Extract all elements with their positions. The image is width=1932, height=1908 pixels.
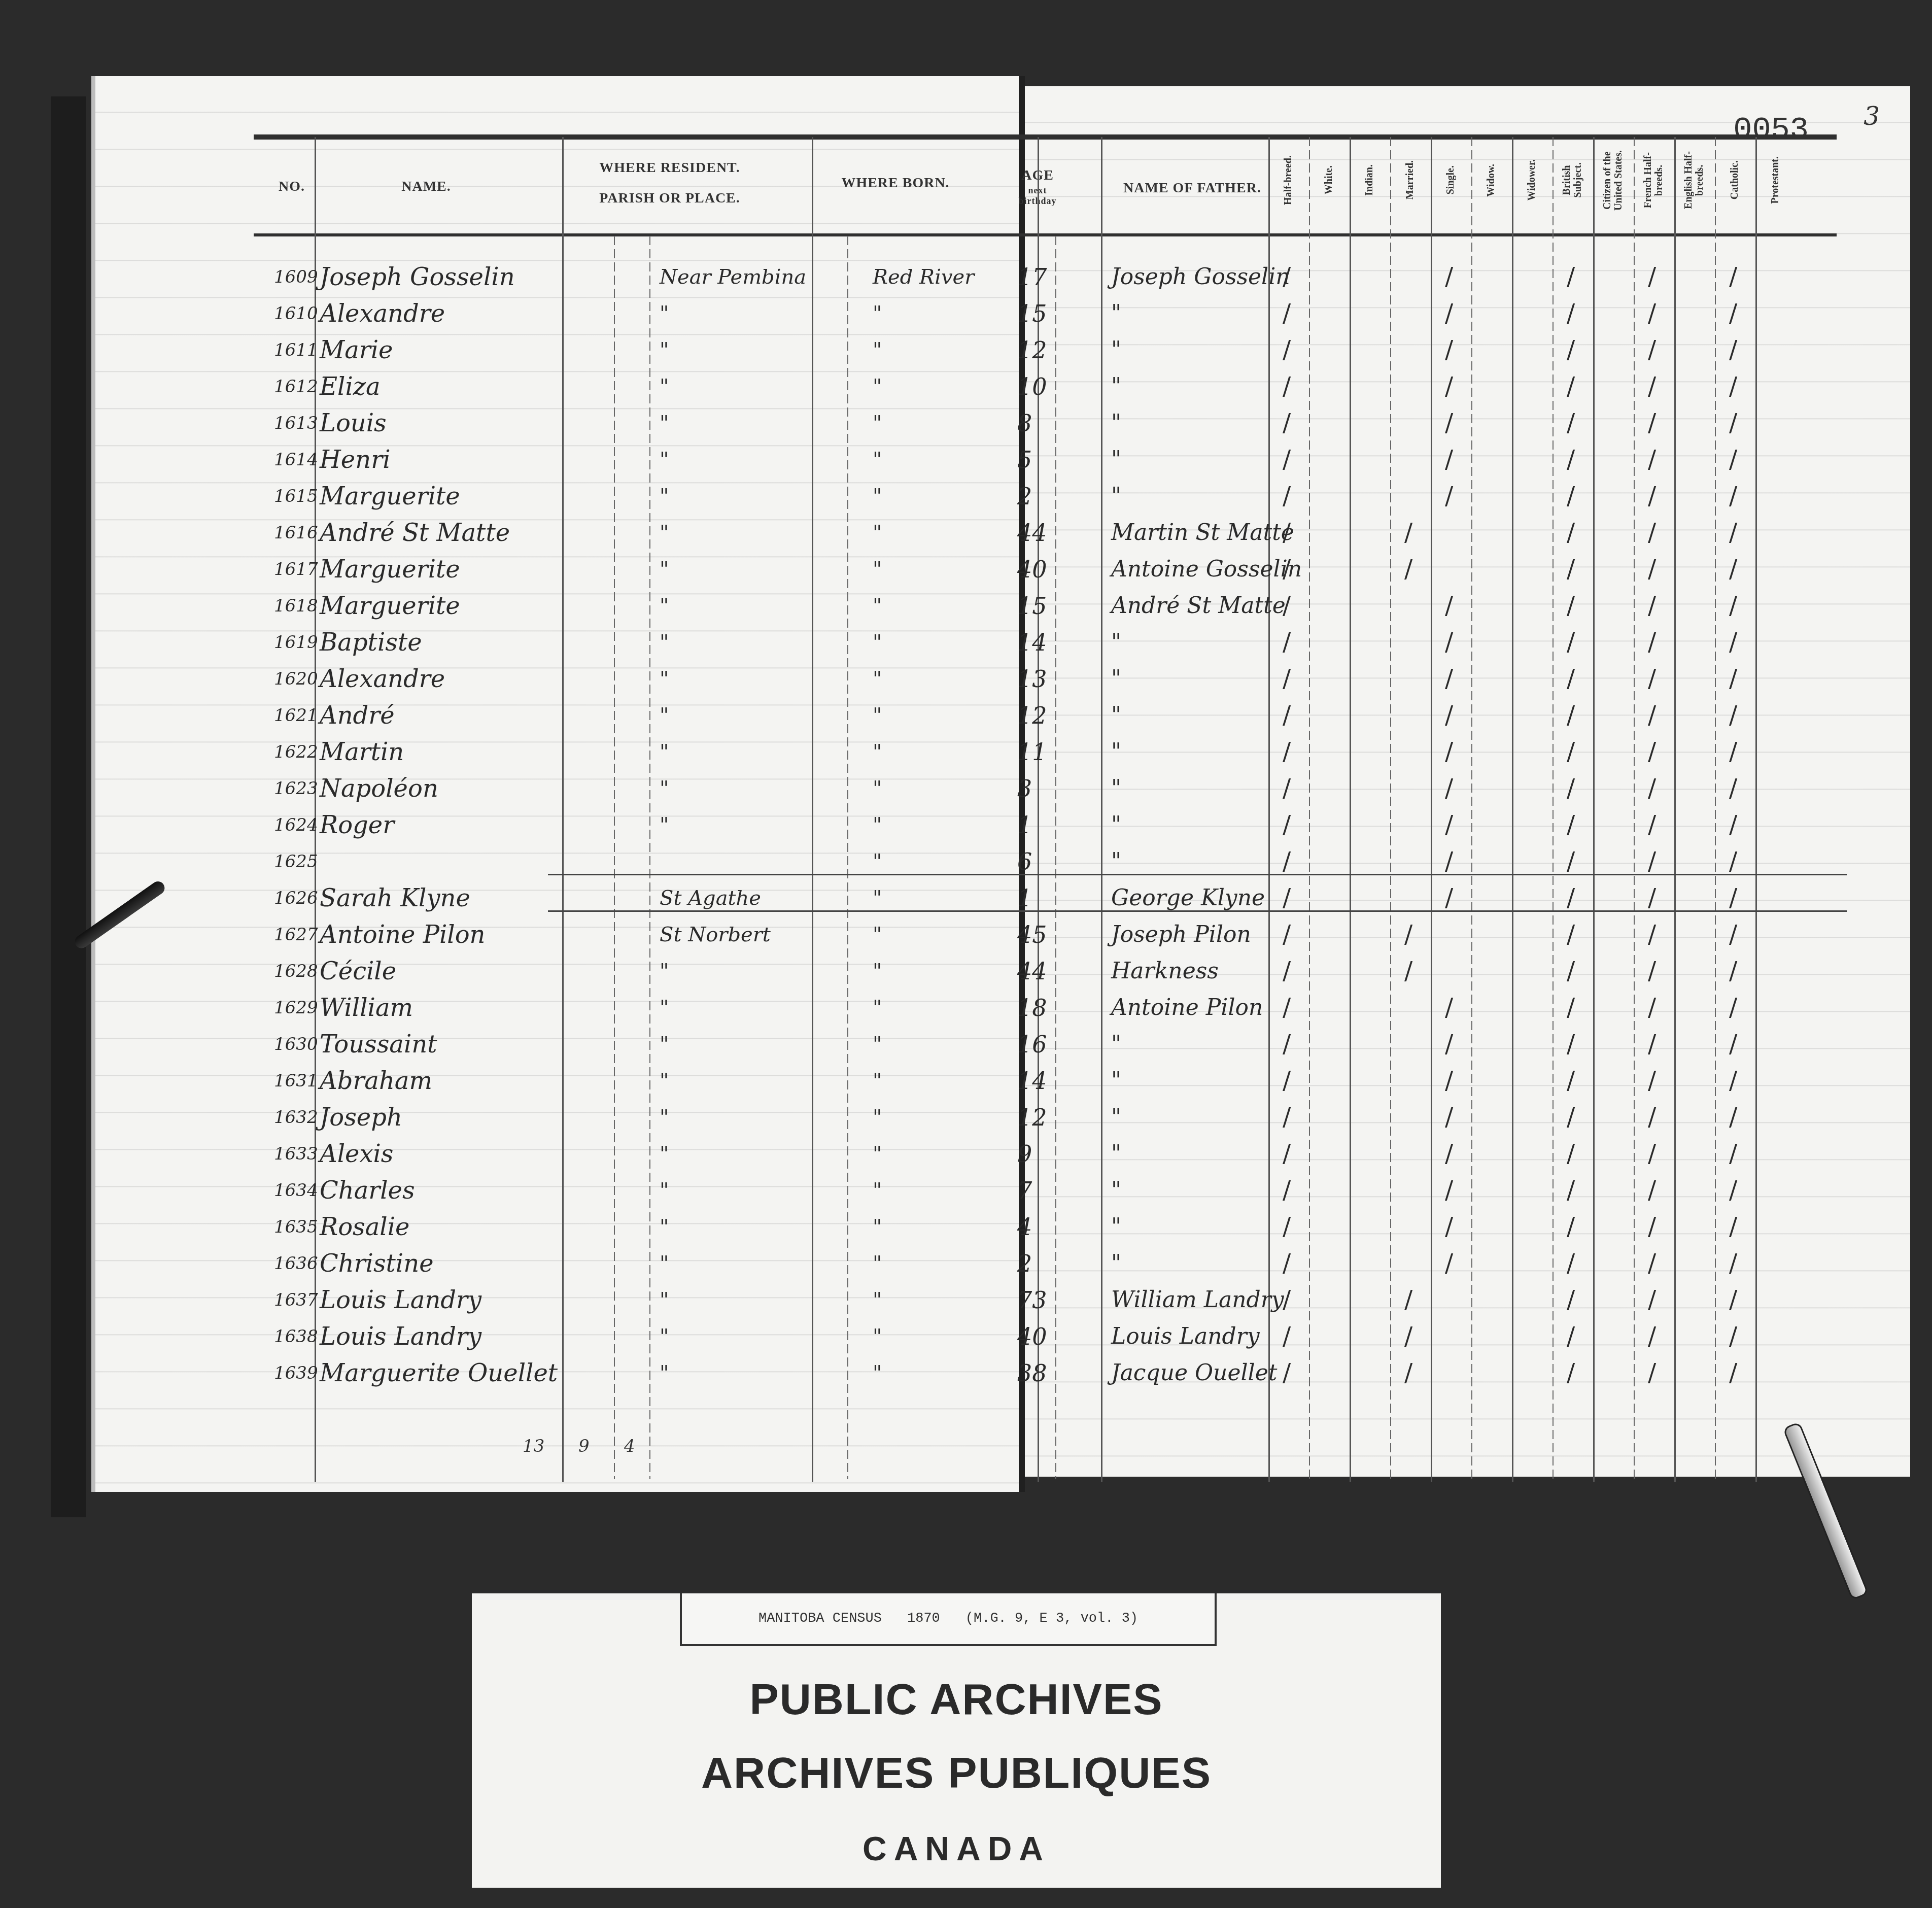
census-row: 1624Roger""1"///// [51,807,1857,843]
where-resident: " [660,551,669,588]
tally-mark: / [1729,1282,1737,1318]
where-born: Red River [873,259,974,295]
census-row: 1621André""12"///// [51,697,1857,734]
age: 12 [1017,697,1047,734]
age: 7 [1017,1172,1032,1209]
census-row: 1633Alexis""9"///// [51,1136,1857,1172]
tally-mark: / [1729,1245,1737,1282]
row-number: 1637 [274,1282,318,1318]
age: 14 [1017,624,1047,661]
where-born: " [873,1245,882,1282]
tally-mark: / [1729,953,1737,990]
row-number: 1618 [274,588,318,624]
age: 17 [1017,259,1047,295]
row-number: 1635 [274,1209,318,1245]
father-name: William Landry [1111,1282,1284,1318]
census-row: 1617Marguerite""40Antoine Gosselin///// [51,551,1857,588]
tally-mark: / [1283,990,1291,1026]
person-name: Charles [320,1172,415,1209]
folio-number: 3 [1864,101,1880,131]
where-born: " [873,478,882,515]
where-resident: " [660,807,669,843]
tally-mark: / [1283,1136,1291,1172]
where-born: " [873,332,882,368]
status-column-header: British Subject. [1557,142,1588,218]
census-row: 1639Marguerite Ouellet""38Jacque Ouellet… [51,1355,1857,1391]
census-row: 1615Marguerite""2"///// [51,478,1857,515]
tally-mark: / [1404,1355,1412,1391]
where-born: " [873,1026,882,1063]
tally-mark: / [1567,295,1575,332]
tally-mark: / [1445,295,1453,332]
row-number: 1623 [274,770,318,807]
reference-tab: MANITOBA CENSUS 1870 (M.G. 9, E 3, vol. … [680,1593,1217,1646]
tally-mark: / [1445,1026,1453,1063]
label-public-archives: PUBLIC ARCHIVES [472,1675,1441,1725]
tally-mark: / [1445,734,1453,770]
age: 18 [1017,990,1047,1026]
where-resident: " [660,953,669,990]
tally-mark: / [1648,1099,1656,1136]
header-where-resident: WHERE RESIDENT. [568,160,771,176]
census-row: 1628Cécile""44Harkness///// [51,953,1857,990]
tally-mark: / [1567,1136,1575,1172]
tally-mark: / [1729,1099,1737,1136]
tally-mark: / [1283,1209,1291,1245]
row-number: 1614 [274,441,318,478]
tally-mark: / [1648,624,1656,661]
tally-mark: / [1283,697,1291,734]
person-name: Sarah Klyne [320,880,470,916]
header-parish-or-place: PARISH OR PLACE. [568,190,771,207]
where-born: " [873,551,882,588]
census-row: 1625"6"///// [51,843,1857,880]
tally-mark: / [1283,1355,1291,1391]
row-number: 1631 [274,1063,318,1099]
where-born: " [873,697,882,734]
row-number: 1634 [274,1172,318,1209]
row-number: 1615 [274,478,318,515]
where-born: " [873,588,882,624]
tally-mark: / [1567,770,1575,807]
census-row: 1609Joseph GosselinNear PembinaRed River… [51,259,1857,295]
tally-mark: / [1648,368,1656,405]
father-name: " [1111,405,1121,441]
father-name: " [1111,1136,1121,1172]
tally-mark: / [1283,624,1291,661]
father-name: " [1111,807,1121,843]
status-column-label: White. [1323,165,1334,194]
person-name: Roger [320,807,394,843]
tally-mark: / [1729,770,1737,807]
status-column-label: British Subject. [1561,162,1583,197]
father-name: " [1111,478,1121,515]
tally-mark: / [1445,332,1453,368]
status-column-label: Catholic. [1729,160,1740,199]
tally-mark: / [1404,953,1412,990]
census-row: 1612Eliza""10"///// [51,368,1857,405]
row-number: 1638 [274,1318,318,1355]
status-column-label: French Half- breeds. [1642,152,1665,208]
tally-mark: / [1445,1136,1453,1172]
tally-mark: / [1445,1099,1453,1136]
tally-mark: / [1729,1063,1737,1099]
census-row: 1611Marie""12"///// [51,332,1857,368]
age: 44 [1017,515,1047,551]
tally-mark: / [1729,515,1737,551]
tally-mark: / [1283,295,1291,332]
strikethrough-line [548,874,1847,875]
row-number: 1616 [274,515,318,551]
tally-mark: / [1283,1282,1291,1318]
person-name: Marguerite [320,551,460,588]
where-resident: " [660,1245,669,1282]
tally-mark: / [1729,624,1737,661]
row-number: 1620 [274,661,318,697]
tally-mark: / [1648,990,1656,1026]
where-born: " [873,1318,882,1355]
tally-mark: / [1648,1245,1656,1282]
tally-mark: / [1283,551,1291,588]
person-name: Joseph [320,1099,402,1136]
tally-mark: / [1445,478,1453,515]
tally-mark: / [1283,259,1291,295]
person-name: Christine [320,1245,434,1282]
where-resident: " [660,1209,669,1245]
status-column-label: Married. [1404,160,1416,199]
label-canada: CANADA [472,1829,1441,1868]
header-top-rule [254,134,1837,140]
tally-mark: / [1445,661,1453,697]
row-number: 1624 [274,807,318,843]
tally-mark: / [1648,807,1656,843]
tally-mark: / [1283,1099,1291,1136]
row-number: 1617 [274,551,318,588]
tally-mark: / [1567,551,1575,588]
tally-mark: / [1445,990,1453,1026]
status-column-label: English Half- breeds. [1683,151,1705,209]
archive-label-card: MANITOBA CENSUS 1870 (M.G. 9, E 3, vol. … [472,1593,1441,1888]
tally-mark: / [1445,1172,1453,1209]
where-resident: " [660,1063,669,1099]
father-name: " [1111,1063,1121,1099]
tally-mark: / [1729,734,1737,770]
father-name: " [1111,1209,1121,1245]
where-resident: " [660,624,669,661]
tally-mark: / [1648,953,1656,990]
tally-mark: / [1648,1355,1656,1391]
person-name: Louis Landry [320,1282,481,1318]
age: 5 [1017,441,1032,478]
where-born: " [873,807,882,843]
header-name-of-father: NAME OF FATHER. [1091,180,1294,196]
tally-mark: / [1567,1063,1575,1099]
where-resident: " [660,1136,669,1172]
census-row: 1627Antoine PilonSt Norbert"45Joseph Pil… [51,916,1857,953]
census-row: 1637Louis Landry""73William Landry///// [51,1282,1857,1318]
tally-mark: / [1567,441,1575,478]
person-name: Henri [320,441,390,478]
age: 9 [1017,1136,1032,1172]
age: 44 [1017,953,1047,990]
census-row: 1630Toussaint""16"///// [51,1026,1857,1063]
tally-mark: / [1283,588,1291,624]
tally-mark: / [1445,807,1453,843]
status-column-label: Widow. [1486,164,1497,197]
status-column-label: Single. [1445,165,1456,194]
age: 11 [1017,734,1047,770]
header-name: NAME. [375,179,477,195]
age: 14 [1017,1063,1047,1099]
tally-mark: / [1445,770,1453,807]
tally-mark: / [1648,1026,1656,1063]
row-number: 1609 [274,259,318,295]
where-resident: " [660,478,669,515]
person-name: Antoine Pilon [320,916,486,953]
tally-mark: / [1729,990,1737,1026]
father-name: " [1111,1172,1121,1209]
father-name: " [1111,661,1121,697]
census-row: 1618Marguerite""15André St Matte///// [51,588,1857,624]
person-name: André [320,697,395,734]
row-number: 1619 [274,624,318,661]
tally-total-2: 9 [578,1436,590,1456]
where-born: " [873,295,882,332]
father-name: " [1111,1245,1121,1282]
person-name: Marguerite [320,588,460,624]
father-name: Jacque Ouellet [1111,1355,1277,1391]
status-column-header: Widow. [1475,142,1507,218]
tally-mark: / [1404,1282,1412,1318]
tally-mark: / [1283,734,1291,770]
where-born: " [873,953,882,990]
row-number: 1610 [274,295,318,332]
tally-mark: / [1567,1318,1575,1355]
tally-mark: / [1283,661,1291,697]
tally-mark: / [1648,441,1656,478]
census-row: 1634Charles""7"///// [51,1172,1857,1209]
age: 12 [1017,1099,1047,1136]
tally-mark: / [1404,1318,1412,1355]
tally-mark: / [1283,368,1291,405]
row-number: 1628 [274,953,318,990]
age: 2 [1017,1245,1032,1282]
tally-mark: / [1283,1026,1291,1063]
census-row: 1613Louis""8"///// [51,405,1857,441]
tally-mark: / [1648,770,1656,807]
where-resident: " [660,990,669,1026]
age: 38 [1017,1355,1047,1391]
row-number: 1639 [274,1355,318,1391]
tally-mark: / [1729,1355,1737,1391]
age: 10 [1017,368,1047,405]
where-resident: " [660,661,669,697]
father-name: Harkness [1111,953,1219,990]
census-row: 1631Abraham""14"///// [51,1063,1857,1099]
where-resident: " [660,734,669,770]
tally-mark: / [1404,916,1412,953]
tally-mark: / [1567,259,1575,295]
tally-mark: / [1445,1063,1453,1099]
person-name: Alexis [320,1136,393,1172]
row-number: 1629 [274,990,318,1026]
tally-mark: / [1283,1318,1291,1355]
tally-mark: / [1445,588,1453,624]
row-number: 1611 [274,332,318,368]
tally-mark: / [1648,1282,1656,1318]
tally-mark: / [1729,551,1737,588]
where-resident: " [660,332,669,368]
tally-mark: / [1648,1063,1656,1099]
where-resident: " [660,588,669,624]
status-column-label: Protestant. [1770,156,1781,204]
father-name: " [1111,770,1121,807]
tally-mark: / [1283,807,1291,843]
person-name: Joseph Gosselin [320,259,515,295]
where-born: " [873,515,882,551]
tally-mark: / [1283,478,1291,515]
tally-mark: / [1283,1063,1291,1099]
label-archives-publiques: ARCHIVES PUBLIQUES [472,1748,1441,1798]
father-name: Joseph Gosselin [1111,259,1290,295]
person-name: William [320,990,413,1026]
census-row: 1629William""18Antoine Pilon///// [51,990,1857,1026]
person-name: Marie [320,332,393,368]
header-bottom-rule [254,233,1837,236]
age: 12 [1017,332,1047,368]
row-number: 1630 [274,1026,318,1063]
tally-mark: / [1729,697,1737,734]
tally-mark: / [1729,441,1737,478]
where-born: " [873,1099,882,1136]
tally-mark: / [1567,405,1575,441]
tally-mark: / [1445,405,1453,441]
status-column-header: Married. [1394,142,1426,218]
tally-mark: / [1648,515,1656,551]
tally-mark: / [1404,515,1412,551]
person-name: Martin [320,734,404,770]
age: 8 [1017,405,1032,441]
status-column-header: Catholic. [1719,142,1750,218]
tally-mark: / [1567,1282,1575,1318]
person-name: Abraham [320,1063,432,1099]
tally-mark: / [1445,1245,1453,1282]
status-column-label: Widower. [1526,159,1537,201]
reference-year: 1870 [907,1611,940,1626]
father-name: " [1111,734,1121,770]
father-name: " [1111,1026,1121,1063]
where-born: " [873,1355,882,1391]
tally-mark: / [1648,259,1656,295]
census-row: 1622Martin""11"///// [51,734,1857,770]
row-number: 1626 [274,880,318,916]
tally-mark: / [1648,1209,1656,1245]
reference-title: MANITOBA CENSUS [758,1611,882,1626]
tally-mark: / [1283,1245,1291,1282]
status-column-header: Protestant. [1759,142,1791,218]
father-name: " [1111,295,1121,332]
where-born: " [873,734,882,770]
where-born: " [873,1063,882,1099]
status-column-header: Single. [1435,142,1466,218]
tally-mark: / [1445,441,1453,478]
tally-mark: / [1567,916,1575,953]
status-column-header: Citizen of the United States. [1597,142,1629,218]
strikethrough-line [548,910,1847,912]
where-resident: " [660,368,669,405]
where-resident: " [660,295,669,332]
census-row: 1619Baptiste""14"///// [51,624,1857,661]
tally-total-1: 13 [523,1436,544,1456]
age: 15 [1017,295,1047,332]
age: 4 [1017,1209,1032,1245]
status-column-header: English Half- breeds. [1678,142,1710,218]
row-number: 1622 [274,734,318,770]
tally-mark: / [1729,368,1737,405]
tally-mark: / [1648,551,1656,588]
where-resident: " [660,697,669,734]
where-resident: " [660,1282,669,1318]
reference-code: (M.G. 9, E 3, vol. 3) [965,1611,1138,1626]
father-name: André St Matte [1111,588,1286,624]
tally-mark: / [1567,588,1575,624]
where-resident: " [660,1355,669,1391]
tally-mark: / [1729,588,1737,624]
tally-mark: / [1567,807,1575,843]
tally-mark: / [1445,1209,1453,1245]
header-no: No. [271,179,312,195]
where-resident: " [660,1099,669,1136]
tally-mark: / [1729,807,1737,843]
tally-mark: / [1283,515,1291,551]
status-column-header: White. [1313,142,1344,218]
person-name: Louis [320,405,387,441]
tally-mark: / [1729,295,1737,332]
tally-mark: / [1729,661,1737,697]
census-row: 1614Henri""5"///// [51,441,1857,478]
tally-mark: / [1729,916,1737,953]
tally-mark: / [1648,1136,1656,1172]
tally-mark: / [1567,1245,1575,1282]
father-name: Antoine Pilon [1111,990,1263,1026]
person-name: Rosalie [320,1209,409,1245]
tally-mark: / [1729,1172,1737,1209]
tally-mark: / [1729,1026,1737,1063]
where-born: " [873,1172,882,1209]
where-born: " [873,661,882,697]
tally-mark: / [1567,1172,1575,1209]
status-column-header: French Half- breeds. [1638,142,1669,218]
where-born: " [873,1136,882,1172]
age: 16 [1017,1026,1047,1063]
father-name: Joseph Pilon [1111,916,1251,953]
tally-mark: / [1567,1209,1575,1245]
tally-mark: / [1445,259,1453,295]
header-where-born: WHERE BORN. [812,175,979,191]
father-name: " [1111,624,1121,661]
tally-mark: / [1648,332,1656,368]
age: 2 [1017,478,1032,515]
where-born: " [873,1282,882,1318]
age: 1 [1017,807,1032,843]
census-row: 1623Napoléon""3"///// [51,770,1857,807]
where-born: " [873,1209,882,1245]
census-row: 1638Louis Landry""40Louis Landry///// [51,1318,1857,1355]
tally-mark: / [1567,1026,1575,1063]
status-column-label: Indian. [1364,164,1375,196]
person-name: Napoléon [320,770,438,807]
tally-mark: / [1445,697,1453,734]
